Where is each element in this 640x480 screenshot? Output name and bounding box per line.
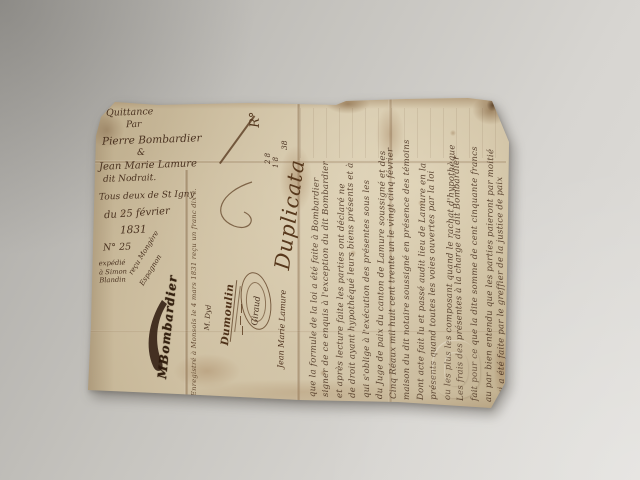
docket-number: N° 25 (103, 242, 132, 254)
main-text-line: qui s'oblige à l'exécution des présentes… (362, 180, 373, 398)
foxing-spot (450, 130, 456, 136)
main-text-line: au par bien entendu que les parties paie… (484, 149, 497, 402)
main-text-line: et après lecture faite les parties ont d… (335, 183, 348, 398)
main-text-line: maison du dit notaire soussigné en prése… (402, 139, 413, 400)
paper-shadow-wrap: Quittance Par Pierre Bombardier & Jean M… (0, 0, 640, 480)
docket-title: Quittance (106, 106, 154, 119)
foxing-spot (120, 210, 126, 216)
fold-crease-vertical-3 (388, 99, 393, 405)
account-total: 38 (280, 140, 289, 150)
main-text-line: Dont acte fait lu et passé audit lieu de… (416, 163, 429, 400)
fold-crease-horizontal-1 (92, 160, 506, 164)
photo-background: Quittance Par Pierre Bombardier & Jean M… (0, 0, 640, 480)
registration-line: Enregistré à Monsols le 4 mars 1831 reçu… (190, 188, 198, 396)
ink-bleedthrough (300, 108, 496, 158)
signature-dash (241, 304, 242, 313)
fold-crease-vertical-2 (296, 102, 301, 402)
foxing-spot (350, 250, 356, 256)
stain (487, 99, 499, 111)
stain (376, 106, 404, 162)
signature-dash (240, 316, 241, 325)
signature-clerk: M. Dyd (203, 304, 213, 330)
signature-dash (242, 326, 243, 335)
docket-party-name: Pierre Bombardier (102, 132, 202, 147)
docket-expedie-note: expédié à Simon Blandin (99, 259, 128, 285)
stain (326, 94, 370, 114)
signature-party: Jean Marie Lamure (276, 290, 288, 369)
account-figure: 2 8 (264, 153, 272, 164)
docket-year: 1831 (120, 224, 147, 237)
main-text-line: signer de ce enquis à l'exception du dit… (321, 161, 332, 397)
embossed-seal-inner (444, 352, 468, 386)
docket-line: Par (126, 120, 142, 131)
account-sum-line (219, 115, 255, 164)
stain (90, 112, 124, 148)
docket-line: Tous deux de St Igny (99, 189, 195, 202)
docket-line: & (137, 148, 145, 158)
docket-slanted-note: Espagnon (138, 253, 163, 287)
main-text-line: Cinq Réaux mil huit cent trente un le vi… (385, 148, 400, 399)
main-text-line: de droit ayant hypothéqué leurs biens pr… (346, 162, 359, 398)
stain (472, 95, 510, 125)
fold-crease-horizontal-2 (90, 330, 504, 333)
stain (494, 336, 510, 400)
main-text-line: du Juge de paix du canton de Lamure sous… (375, 151, 389, 400)
manuscript-paper: Quittance Par Pierre Bombardier & Jean M… (88, 96, 510, 412)
account-figure: 1 8 (272, 157, 280, 168)
pen-flourish (200, 174, 270, 244)
fold-crease-vertical-1 (184, 170, 189, 470)
main-text-line: que la formule de la loi a été faite à B… (308, 178, 323, 398)
main-text-line: qui a été faite par le greffier de la ju… (495, 177, 508, 401)
docket-line: dit Nodrait. (103, 173, 157, 185)
foxing-spot (320, 370, 326, 376)
stain (174, 354, 240, 388)
docket-party-name: Jean Marie Lamure (99, 158, 197, 172)
stain (188, 380, 418, 404)
docket-date: du 25 février (104, 206, 170, 222)
stain (280, 146, 312, 212)
duplicata-heading: Duplicata (270, 158, 309, 272)
signature-flourish-blob (140, 296, 170, 380)
signature-principal: MBombardier (155, 274, 180, 379)
foxing-spot (418, 200, 424, 206)
docket-slanted-note: reçu Mongère (127, 229, 160, 276)
